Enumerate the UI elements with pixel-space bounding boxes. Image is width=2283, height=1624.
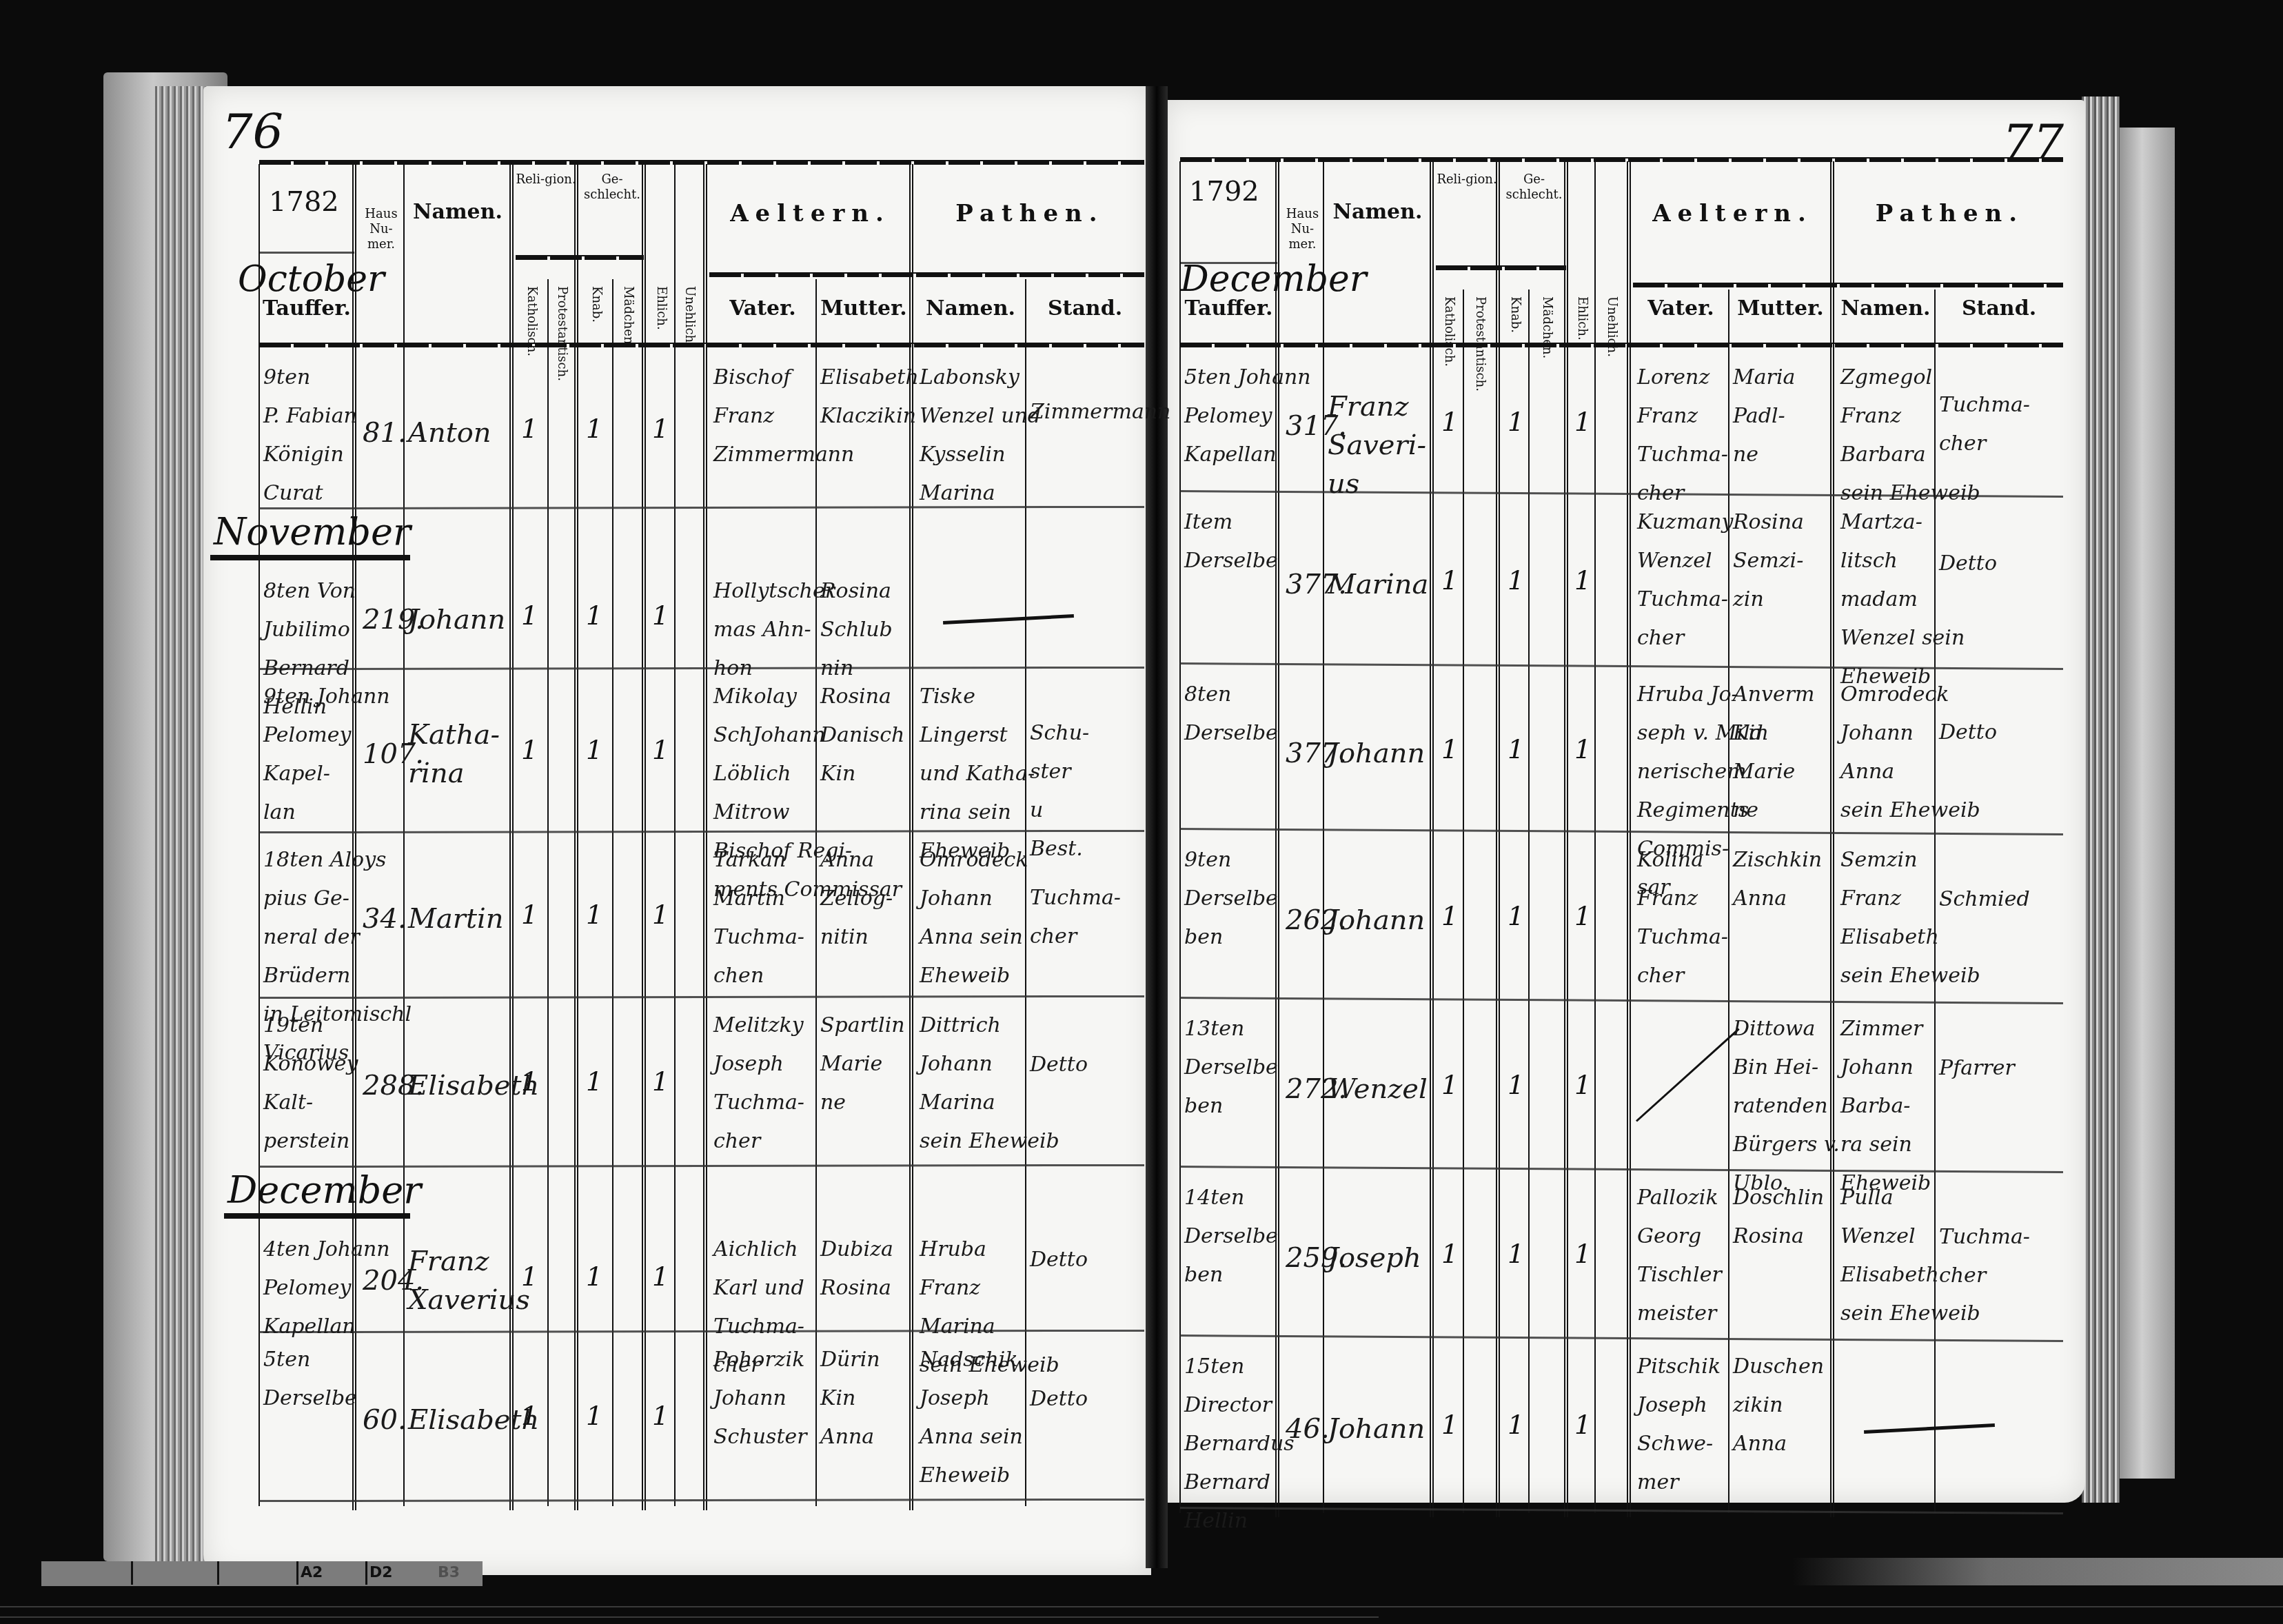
entry-godparent-occupation: Detto bbox=[1030, 1241, 1088, 1279]
entry-mother: Dürin Kin Anna bbox=[820, 1341, 880, 1456]
entry-date-baptizer: 14ten Derselbe ben bbox=[1184, 1179, 1278, 1295]
entry-house-number: 81. bbox=[363, 414, 407, 452]
group-header-rule bbox=[516, 255, 644, 260]
mark-katholisch: 1 bbox=[1441, 734, 1458, 764]
column-rule bbox=[1564, 161, 1568, 1517]
col-header-pathen-stand: Stand. bbox=[1935, 296, 2063, 321]
entry-child-name: Martin bbox=[408, 900, 504, 938]
column-rule bbox=[1496, 161, 1500, 1517]
group-header-rule bbox=[709, 272, 1144, 277]
mark-knab: 1 bbox=[1508, 901, 1524, 931]
mark-ehlich: 1 bbox=[1574, 1070, 1591, 1100]
col-header-aeltern: Aeltern. bbox=[1633, 200, 1832, 227]
entry-mother: Elisabeth Klaczikin bbox=[820, 358, 919, 436]
header-bottom-rule bbox=[259, 343, 1144, 347]
entry-father: Kolina Franz Tuchma- cher bbox=[1637, 841, 1728, 995]
entry-child-name: Joseph bbox=[1328, 1239, 1421, 1277]
col-header-religion: Reli-gion. bbox=[516, 172, 576, 187]
col-header-tauffer: Tauffer. bbox=[259, 296, 354, 321]
page-number-left: 76 bbox=[222, 103, 283, 160]
col-header-vater: Vater. bbox=[1633, 296, 1729, 321]
register-month: December bbox=[1180, 258, 1367, 300]
entry-godparent-occupation: Detto bbox=[1939, 713, 1997, 752]
scan-color-target: A2 D2 B3 bbox=[41, 1561, 483, 1586]
column-rule bbox=[1528, 290, 1530, 1513]
mark-katholisch: 1 bbox=[1441, 1239, 1458, 1269]
column-rule bbox=[612, 279, 613, 1506]
scan-target-right bbox=[1792, 1558, 2283, 1585]
mark-ehlich: 1 bbox=[1574, 1410, 1591, 1440]
col-header-katholisch: Katholisch. bbox=[1442, 296, 1457, 367]
entry-mother: Dittowa Bin Hei- ratenden Bürgers v. Ubl… bbox=[1733, 1010, 1840, 1203]
entry-child-name: Marina bbox=[1328, 565, 1428, 604]
mark-katholisch: 1 bbox=[1441, 565, 1458, 596]
col-header-unehlich: Unehlich. bbox=[1605, 296, 1619, 357]
col-header-tauffer: Tauffer. bbox=[1180, 296, 1277, 321]
entry-date-baptizer: 13ten Derselbe ben bbox=[1184, 1010, 1278, 1126]
entry-mother: Doschlin Rosina bbox=[1733, 1179, 1824, 1256]
mark-katholisch: 1 bbox=[521, 900, 538, 930]
mark-ehlich: 1 bbox=[1574, 901, 1591, 931]
col-header-haus-nummer: Haus Nu-mer. bbox=[358, 207, 404, 252]
mark-katholisch: 1 bbox=[521, 1401, 538, 1431]
register-year: 1782 bbox=[269, 186, 339, 218]
mark-ehlich: 1 bbox=[652, 900, 669, 930]
mark-knab: 1 bbox=[1508, 1239, 1524, 1269]
mark-katholisch: 1 bbox=[521, 414, 538, 444]
entry-godparent-name: Omrodeck Johann Anna sein Eheweib bbox=[1840, 676, 1980, 830]
mark-knab: 1 bbox=[586, 1401, 602, 1431]
entry-mother: Rosina Danisch Kin bbox=[820, 678, 904, 793]
mark-ehlich: 1 bbox=[1574, 734, 1591, 764]
mark-katholisch: 1 bbox=[521, 1261, 538, 1292]
entry-mother: Anverm Kin Marie ne bbox=[1733, 676, 1814, 830]
entry-godparent-occupation: Tuchma- cher bbox=[1939, 386, 2030, 463]
group-header-rule bbox=[1436, 265, 1566, 270]
target-label: D2 bbox=[369, 1564, 393, 1581]
col-header-religion: Reli-gion. bbox=[1436, 172, 1498, 187]
col-header-ehlich: Ehlich. bbox=[654, 286, 669, 330]
entry-child-name: Anton bbox=[408, 414, 491, 452]
page-edges-left bbox=[155, 86, 210, 1561]
entry-father: Tarkan Martin Tuchma- chen bbox=[713, 841, 804, 995]
mark-katholisch: 1 bbox=[521, 1066, 538, 1097]
col-header-protestantisch: Protestantisch. bbox=[1473, 296, 1488, 392]
entry-mother: Maria Padl- ne bbox=[1733, 358, 1795, 474]
entry-house-number: 60. bbox=[363, 1401, 407, 1439]
column-rule bbox=[1430, 161, 1434, 1517]
entry-mother: Dubiza Rosina bbox=[820, 1230, 893, 1308]
mark-knab: 1 bbox=[586, 1261, 602, 1292]
entry-godparent-name: Omrodeck Johann Anna sein Eheweib bbox=[920, 841, 1028, 995]
mark-ehlich: 1 bbox=[1574, 1239, 1591, 1269]
entry-father: Kuzmany Wenzel Tuchma- cher bbox=[1637, 503, 1733, 658]
col-header-maedchen: Mädchen. bbox=[1540, 296, 1554, 358]
mark-katholisch: 1 bbox=[1441, 1070, 1458, 1100]
col-header-geschlecht: Ge-schlecht. bbox=[580, 172, 644, 203]
col-header-ehlich: Ehlich. bbox=[1575, 296, 1590, 341]
book-gutter bbox=[1146, 86, 1168, 1568]
mark-ehlich: 1 bbox=[652, 735, 669, 765]
col-header-haus-nummer: Haus Nu-mer. bbox=[1281, 207, 1323, 252]
entry-father: Lorenz Franz Tuchma- cher bbox=[1637, 358, 1728, 513]
entry-father: Melitzky Joseph Tuchma- cher bbox=[713, 1006, 804, 1161]
column-rule bbox=[674, 164, 676, 1506]
entry-child-name: Franz Xaverius bbox=[408, 1242, 530, 1319]
entry-mother: Anna Zellog- nitin bbox=[820, 841, 893, 957]
col-header-protestantisch: Protestantisch. bbox=[555, 286, 569, 381]
column-rule bbox=[1830, 161, 1834, 1517]
group-header-rule bbox=[1633, 283, 2063, 287]
row-separator bbox=[1180, 1507, 2063, 1514]
entry-child-name: Johann bbox=[1328, 734, 1425, 773]
entry-date-baptizer: Item Derselbe bbox=[1184, 503, 1278, 580]
mark-ehlich: 1 bbox=[652, 1401, 669, 1431]
mark-ehlich: 1 bbox=[652, 1261, 669, 1292]
page-edges-right bbox=[2082, 97, 2120, 1503]
scan-artifact-line bbox=[0, 1606, 2283, 1607]
mark-ehlich: 1 bbox=[1574, 407, 1591, 437]
entry-child-name: Franz Saveri- us bbox=[1328, 387, 1426, 503]
entry-mother: Duschen zikin Anna bbox=[1733, 1348, 1824, 1463]
mark-katholisch: 1 bbox=[1441, 901, 1458, 931]
entry-father: Hollytscher mas Ahn- hon bbox=[713, 572, 835, 688]
header-bottom-rule bbox=[1180, 343, 2063, 347]
entry-godparent-occupation: Detto bbox=[1939, 545, 1997, 583]
mark-katholisch: 1 bbox=[521, 600, 538, 631]
entry-godparent-name: Labonsky Wenzel und Kysselin Marina bbox=[920, 358, 1041, 513]
col-header-knab: Knab. bbox=[589, 286, 604, 323]
month-marker: November bbox=[214, 510, 411, 554]
entry-mother: Rosina Semzi- zin bbox=[1733, 503, 1804, 619]
entry-godparent-occupation: Detto bbox=[1030, 1046, 1088, 1084]
col-header-mutter: Mutter. bbox=[816, 296, 911, 321]
mark-knab: 1 bbox=[1508, 407, 1524, 437]
column-rule bbox=[574, 164, 578, 1510]
mark-ehlich: 1 bbox=[1574, 565, 1591, 596]
entry-godparent-occupation: Schu- ster u Best. bbox=[1030, 714, 1089, 869]
year-month-divider bbox=[259, 252, 354, 254]
col-header-vater: Vater. bbox=[709, 296, 816, 321]
col-header-aeltern: Aeltern. bbox=[709, 200, 911, 227]
entry-godparent-name: Nadschik Joseph Anna sein Eheweib bbox=[920, 1341, 1023, 1495]
month-marker-underline bbox=[210, 555, 410, 560]
col-header-unehlich: Unehlich. bbox=[682, 286, 697, 347]
entry-date-baptizer: 5ten Derselbe bbox=[263, 1341, 357, 1418]
entry-house-number: 46. bbox=[1286, 1410, 1330, 1448]
column-rule bbox=[1323, 161, 1324, 1513]
mark-ehlich: 1 bbox=[652, 414, 669, 444]
entry-date-baptizer: 15ten Director Bernardus Bernard Hellin bbox=[1184, 1348, 1295, 1541]
entry-godparent-occupation: Zimmermann bbox=[1030, 393, 1170, 432]
mark-knab: 1 bbox=[586, 735, 602, 765]
entry-date-baptizer: 8ten Derselbe bbox=[1184, 676, 1278, 753]
entry-date-baptizer: 9ten Derselbe ben bbox=[1184, 841, 1278, 957]
col-header-pathen-namen: Namen. bbox=[915, 296, 1026, 321]
column-rule bbox=[547, 279, 549, 1506]
register-month: October bbox=[238, 258, 385, 300]
col-header-mutter: Mutter. bbox=[1729, 296, 1832, 321]
column-rule bbox=[403, 164, 405, 1506]
column-rule bbox=[1594, 161, 1596, 1513]
mark-knab: 1 bbox=[1508, 565, 1524, 596]
entry-godparent-occupation: Tuchma- cher bbox=[1939, 1218, 2030, 1295]
column-rule bbox=[642, 164, 646, 1510]
entry-godparent-occupation: Schmied bbox=[1939, 880, 2030, 919]
entry-godparent-occupation: Detto bbox=[1030, 1380, 1088, 1419]
entry-child-name: Elisabeth bbox=[408, 1066, 539, 1105]
register-year: 1792 bbox=[1189, 176, 1259, 207]
col-header-namen: Namen. bbox=[404, 200, 511, 224]
entry-child-name: Elisabeth bbox=[408, 1401, 539, 1439]
scan-artifact-line bbox=[0, 1616, 1379, 1618]
entry-child-name: Johann bbox=[408, 600, 505, 639]
mark-ehlich: 1 bbox=[652, 600, 669, 631]
column-rule bbox=[703, 164, 707, 1510]
col-header-geschlecht: Ge-schlecht. bbox=[1502, 172, 1566, 203]
column-rule bbox=[1463, 290, 1464, 1513]
mark-knab: 1 bbox=[586, 414, 602, 444]
entry-date-baptizer: 9ten P. Fabian Königin Curat bbox=[263, 358, 357, 513]
header-top-rule bbox=[1180, 157, 2063, 162]
target-label: A2 bbox=[301, 1564, 323, 1581]
mark-katholisch: 1 bbox=[521, 735, 538, 765]
mark-knab: 1 bbox=[1508, 1410, 1524, 1440]
col-header-pathen: Pathen. bbox=[915, 200, 1144, 227]
entry-father: Pallozik Georg Tischler meister bbox=[1637, 1179, 1722, 1333]
col-header-pathen-namen: Namen. bbox=[1836, 296, 1935, 321]
col-header-namen: Namen. bbox=[1323, 200, 1432, 224]
entry-child-name: Johann bbox=[1328, 1410, 1425, 1448]
column-rule bbox=[1627, 161, 1631, 1517]
entry-child-name: Johann bbox=[1328, 901, 1425, 940]
col-header-maedchen: Mädchen. bbox=[621, 286, 636, 348]
mark-ehlich: 1 bbox=[652, 1066, 669, 1097]
mark-katholisch: 1 bbox=[1441, 407, 1458, 437]
header-top-rule bbox=[259, 160, 1144, 165]
entry-father: Pohorzik Johann Schuster bbox=[713, 1341, 807, 1456]
entry-child-name: Wenzel bbox=[1328, 1070, 1428, 1108]
col-header-knab: Knab. bbox=[1508, 296, 1523, 333]
column-rule bbox=[258, 164, 260, 1506]
entry-godparent-name: Zimmer Johann Barba- ra sein Eheweib bbox=[1840, 1010, 1931, 1203]
entry-mother: Rosina Schlub nin bbox=[820, 572, 893, 688]
mark-knab: 1 bbox=[586, 1066, 602, 1097]
entry-mother: Spartlin Marie ne bbox=[820, 1006, 905, 1122]
col-header-pathen: Pathen. bbox=[1836, 200, 2063, 227]
col-header-katholisch: Katholisch. bbox=[525, 286, 539, 356]
entry-godparent-occupation: Tuchma- cher bbox=[1030, 879, 1121, 956]
col-header-pathen-stand: Stand. bbox=[1026, 296, 1144, 321]
mark-katholisch: 1 bbox=[1441, 1410, 1458, 1440]
entry-godparent-occupation: Pfarrer bbox=[1939, 1049, 2015, 1088]
column-rule bbox=[1179, 161, 1181, 1513]
entry-father: Pitschik Joseph Schwe- mer bbox=[1637, 1348, 1721, 1502]
entry-mother: Zischkin Anna bbox=[1733, 841, 1822, 918]
entry-child-name: Katha- rina bbox=[408, 715, 500, 793]
mark-knab: 1 bbox=[1508, 734, 1524, 764]
month-marker-underline bbox=[224, 1213, 410, 1219]
month-marker: December bbox=[227, 1168, 421, 1212]
entry-date-baptizer: 19ten Konowey Kalt- perstein bbox=[263, 1006, 358, 1161]
entry-godparent-name: Martza- litsch madam Wenzel sein Eheweib bbox=[1840, 503, 1965, 696]
mark-knab: 1 bbox=[586, 900, 602, 930]
mark-knab: 1 bbox=[1508, 1070, 1524, 1100]
entry-house-number: 34. bbox=[363, 900, 407, 938]
target-label: B3 bbox=[438, 1564, 460, 1581]
mark-knab: 1 bbox=[586, 600, 602, 631]
